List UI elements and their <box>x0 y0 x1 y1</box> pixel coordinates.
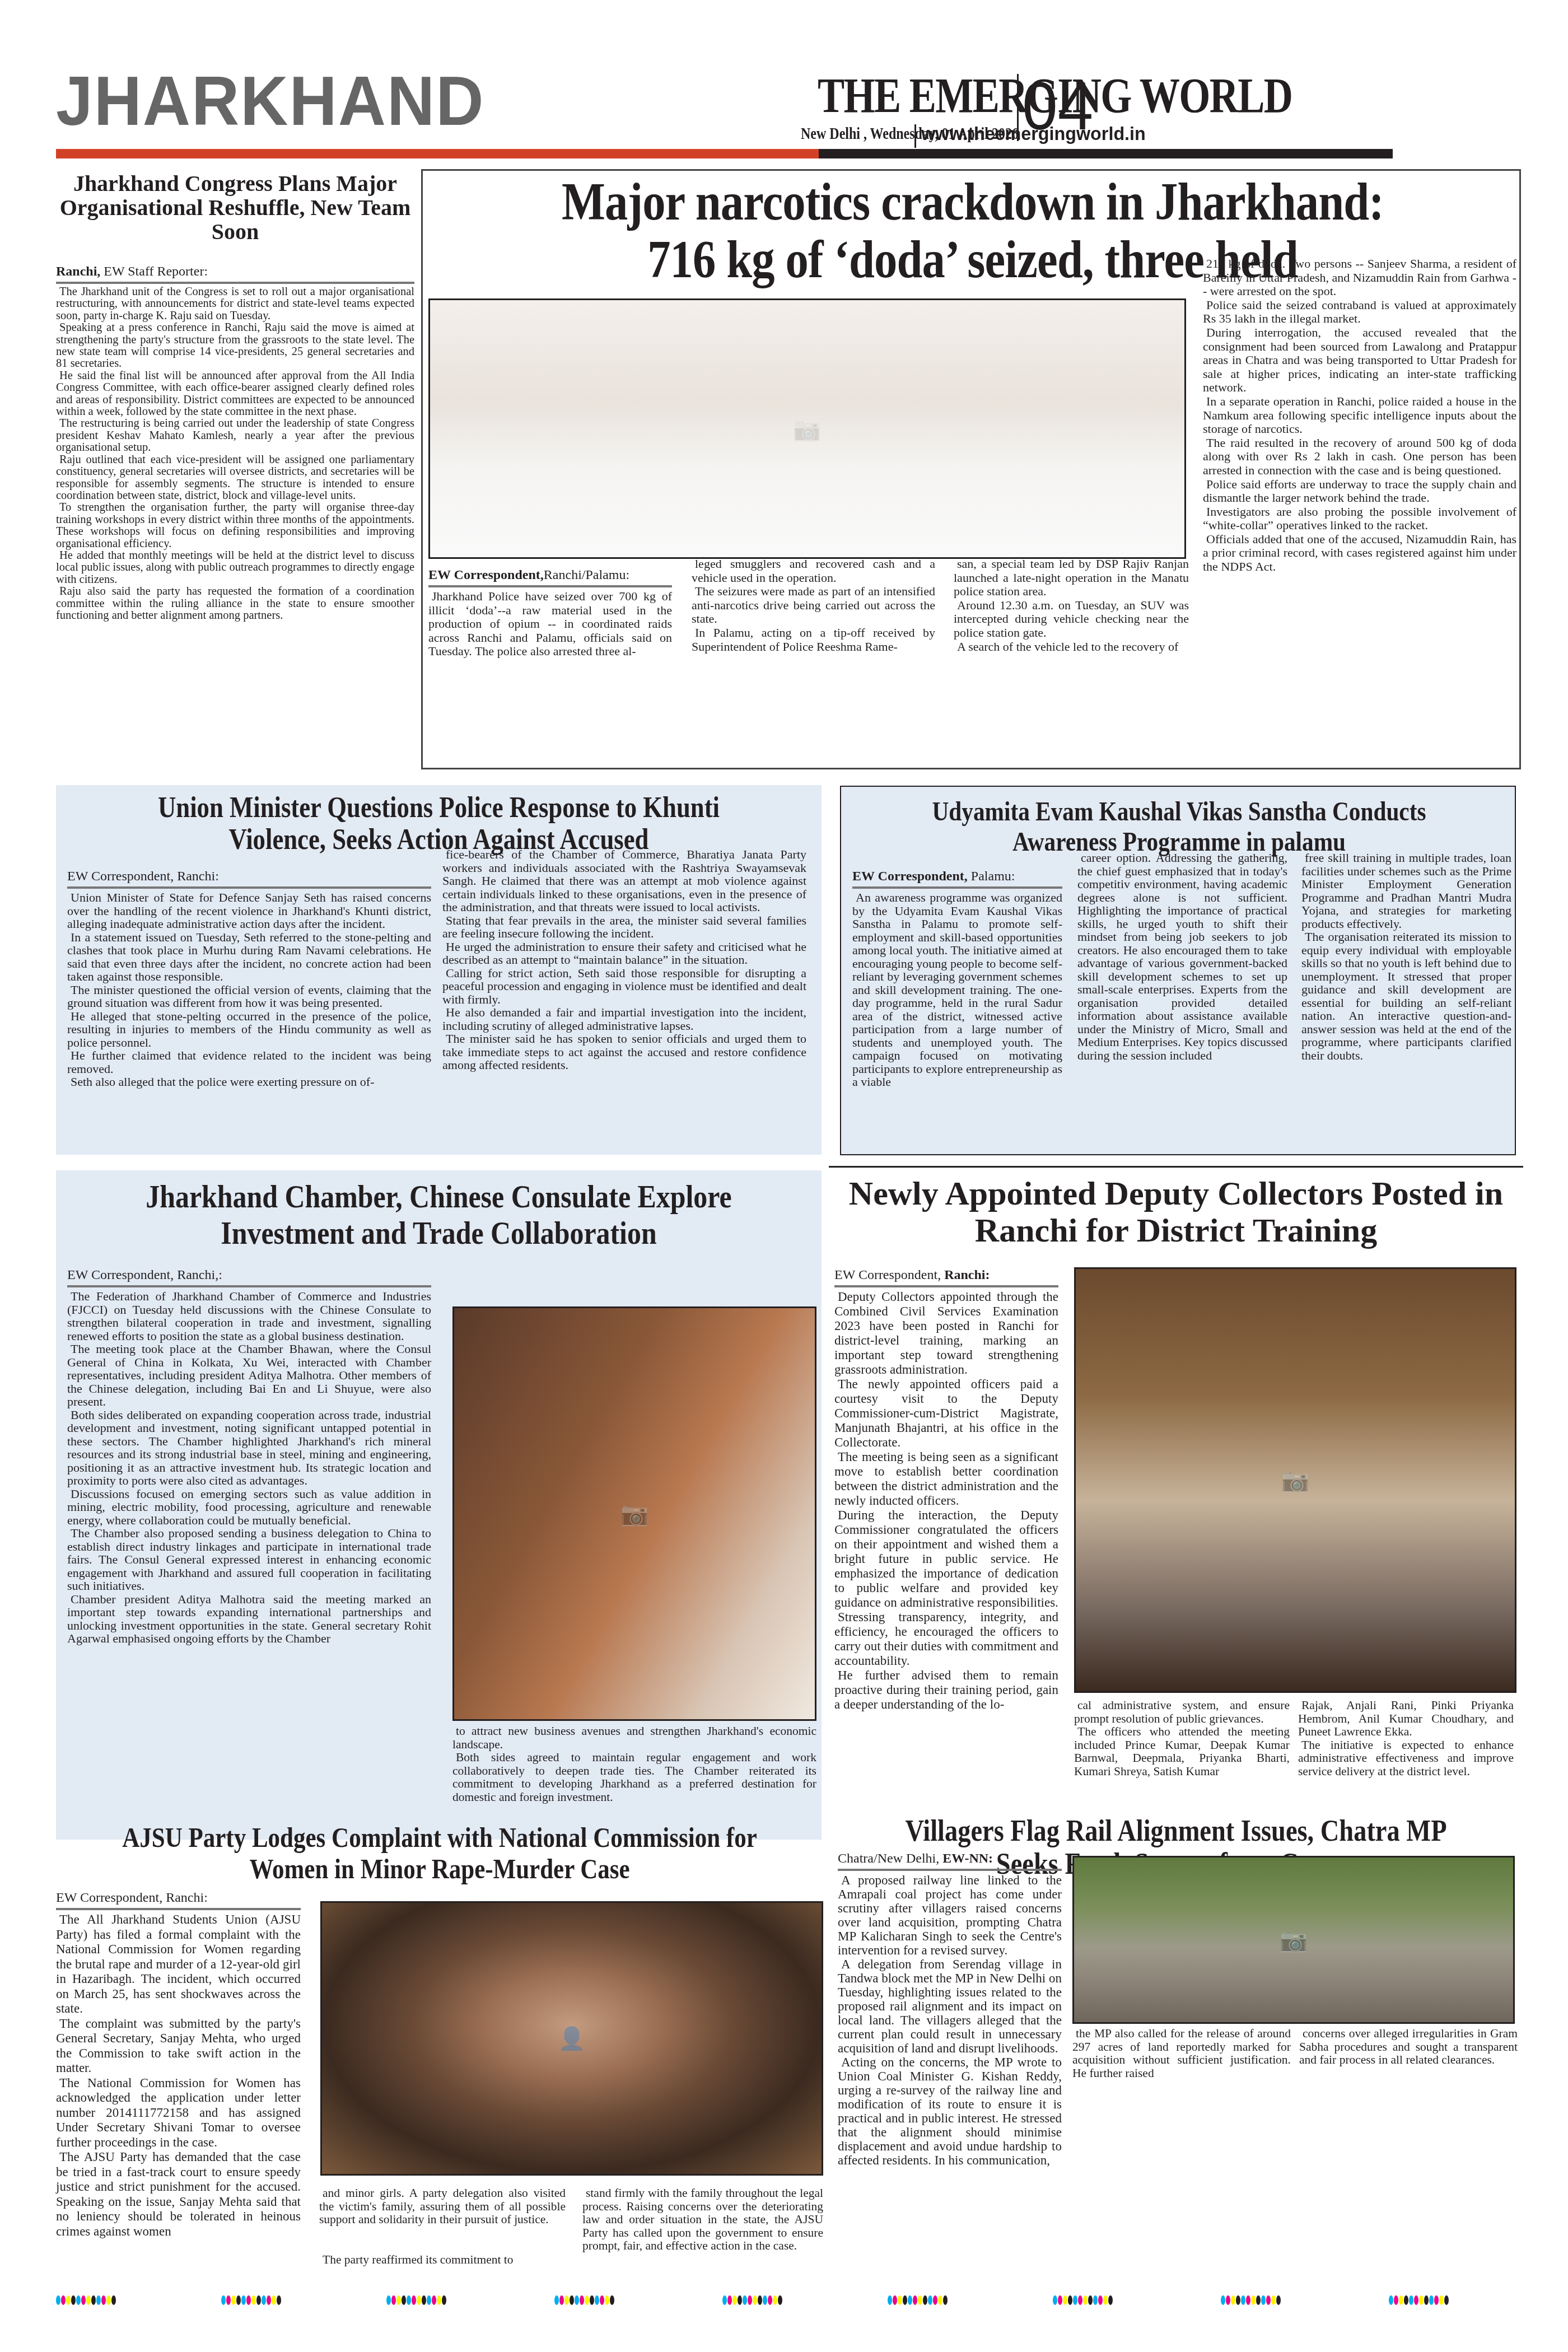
registration-dot <box>1271 2295 1276 2305</box>
deputy-collectors-group-photo: 📷 <box>1074 1267 1516 1693</box>
registration-dot <box>923 2295 927 2305</box>
congress-body: The Jharkhand unit of the Congress is se… <box>56 286 414 622</box>
registration-dot <box>1261 2295 1266 2305</box>
registration-dot <box>56 2295 60 2305</box>
registration-dot <box>262 2295 266 2305</box>
registration-dot <box>61 2295 66 2305</box>
khunti-headline: Union Minister Questions Police Response… <box>110 792 768 856</box>
lead-story-box: Major narcotics crackdown in Jharkhand: … <box>421 169 1521 769</box>
registration-dot <box>1399 2295 1403 2305</box>
registration-dot <box>81 2295 86 2305</box>
registration-dot <box>1241 2295 1245 2305</box>
villagers-col-3: concerns over alleged irregularities in … <box>1299 2027 1518 2067</box>
registration-dot <box>106 2295 111 2305</box>
narcotics-col-4: 216 kg of doda. Two persons -- Sanjeev S… <box>1203 257 1516 574</box>
udyamita-col-3: free skill training in multiple trades, … <box>1301 851 1511 1062</box>
registration-dot <box>748 2295 752 2305</box>
registration-dot <box>595 2295 599 2305</box>
registration-dot <box>758 2295 762 2305</box>
deputy-collectors-byline: EW Correspondent, Ranchi: <box>834 1267 1058 1287</box>
registration-dot <box>554 2295 559 2305</box>
registration-dot <box>412 2295 416 2305</box>
registration-dot <box>1053 2295 1057 2305</box>
registration-dot <box>246 2295 251 2305</box>
ajsu-headline: AJSU Party Lodges Complaint with Nationa… <box>110 1822 769 1884</box>
registration-dot <box>1246 2295 1250 2305</box>
registration-dot <box>580 2295 584 2305</box>
section-title: JHARKHAND <box>56 62 484 142</box>
image-icon: 📷 <box>1280 1927 1308 1953</box>
registration-dot <box>564 2295 569 2305</box>
section-divider <box>829 1166 1523 1168</box>
registration-dot <box>943 2295 948 2305</box>
divider <box>914 124 916 148</box>
registration-dot <box>1231 2295 1235 2305</box>
ajsu-byline: EW Correspondent, Ranchi: <box>56 1889 301 1910</box>
chamber-col-1: EW Correspondent, Ranchi,: The Federatio… <box>67 1267 431 1645</box>
ajsu-col-3: stand firmly with the family throughout … <box>582 2187 823 2253</box>
registration-dot <box>1429 2295 1434 2305</box>
registration-dot-group <box>722 2295 782 2305</box>
divider <box>1017 74 1019 141</box>
registration-dot <box>1276 2295 1281 2305</box>
udyamita-story-box: Udyamita Evam Kaushal Vikas Sanstha Cond… <box>840 786 1516 1155</box>
image-icon: 📷 <box>620 1501 648 1527</box>
registration-dot <box>236 2295 241 2305</box>
narcotics-col-3: san, a special team led by DSP Rajiv Ran… <box>954 557 1189 654</box>
registration-dot <box>251 2295 256 2305</box>
registration-dot <box>1236 2295 1240 2305</box>
registration-dot <box>256 2295 261 2305</box>
registration-dot <box>1434 2295 1439 2305</box>
registration-dot-group <box>1389 2295 1449 2305</box>
chamber-byline: EW Correspondent, Ranchi,: <box>67 1267 431 1287</box>
registration-dot <box>585 2295 589 2305</box>
registration-dot <box>559 2295 564 2305</box>
registration-dot <box>773 2295 777 2305</box>
registration-dot <box>221 2295 226 2305</box>
registration-dot <box>442 2295 446 2305</box>
registration-dot <box>407 2295 411 2305</box>
registration-dot <box>111 2295 116 2305</box>
registration-dot <box>66 2295 71 2305</box>
registration-dot <box>738 2295 742 2305</box>
registration-dot <box>600 2295 604 2305</box>
registration-dot <box>605 2295 609 2305</box>
registration-dot <box>1439 2295 1444 2305</box>
registration-dot-group <box>554 2295 614 2305</box>
udyamita-col-1: EW Correspondent, Palamu: An awareness p… <box>852 868 1062 1089</box>
registration-dot <box>1444 2295 1449 2305</box>
registration-dot <box>918 2295 922 2305</box>
registration-dot <box>590 2295 594 2305</box>
registration-dot <box>1419 2295 1424 2305</box>
narcotics-photo: 📷 <box>428 298 1186 559</box>
registration-dot-group <box>1221 2295 1281 2305</box>
deputy-collectors-col-1: EW Correspondent, Ranchi: Deputy Collect… <box>834 1267 1058 1712</box>
registration-dot <box>1226 2295 1230 2305</box>
registration-dot <box>1093 2295 1098 2305</box>
congress-headline: Jharkhand Congress Plans Major Organisat… <box>56 171 414 244</box>
registration-dot <box>778 2295 782 2305</box>
registration-dot-group <box>56 2295 116 2305</box>
registration-dot <box>610 2295 614 2305</box>
registration-dot <box>575 2295 579 2305</box>
registration-dot <box>913 2295 917 2305</box>
udyamita-col-2: career option. Addressing the gathering,… <box>1077 851 1287 1062</box>
registration-dot <box>1108 2295 1113 2305</box>
registration-dot <box>267 2295 271 2305</box>
registration-dot <box>1083 2295 1088 2305</box>
registration-dot <box>86 2295 91 2305</box>
registration-dot <box>893 2295 897 2305</box>
registration-dot <box>1098 2295 1103 2305</box>
registration-dot <box>96 2295 101 2305</box>
image-icon: 📷 <box>1281 1467 1309 1494</box>
masthead-rule-black <box>819 149 1393 158</box>
registration-dot <box>101 2295 106 2305</box>
registration-dot <box>422 2295 426 2305</box>
khunti-col-1: EW Correspondent, Ranchi: Union Minister… <box>67 868 431 1089</box>
khunti-col-2: fice-bearers of the Chamber of Commerce,… <box>442 848 806 1072</box>
registration-dot <box>753 2295 757 2305</box>
registration-dot <box>898 2295 902 2305</box>
villagers-col-1: Chatra/New Delhi, EW-NN: A proposed rail… <box>838 1850 1062 2167</box>
registration-dot <box>1389 2295 1393 2305</box>
registration-dot <box>1394 2295 1398 2305</box>
registration-dot <box>743 2295 747 2305</box>
registration-dot <box>1266 2295 1271 2305</box>
registration-dot <box>570 2295 574 2305</box>
registration-dot <box>91 2295 96 2305</box>
villagers-col-2: the MP also called for the release of ar… <box>1072 2027 1291 2080</box>
narcotics-byline: EW Correspondent,Ranchi/Palamu: <box>428 567 672 587</box>
registration-dot-group <box>1053 2295 1113 2305</box>
deputy-collectors-col-3: Rajak, Anjali Rani, Pinki Priyanka Hembr… <box>1298 1699 1514 1779</box>
congress-article: Ranchi, EW Staff Reporter: The Jharkhand… <box>56 263 414 622</box>
registration-dot <box>1409 2295 1413 2305</box>
registration-dot <box>437 2295 441 2305</box>
registration-dot <box>763 2295 767 2305</box>
registration-dot <box>386 2295 391 2305</box>
image-icon: 👤 <box>558 2026 586 2052</box>
registration-dot <box>1073 2295 1077 2305</box>
udyamita-byline: EW Correspondent, Palamu: <box>852 868 1062 889</box>
khunti-byline: EW Correspondent, Ranchi: <box>67 868 431 889</box>
registration-dot <box>71 2295 76 2305</box>
registration-dot <box>396 2295 401 2305</box>
registration-dot <box>1424 2295 1429 2305</box>
registration-dot <box>928 2295 932 2305</box>
registration-dot <box>432 2295 436 2305</box>
registration-dot <box>1088 2295 1093 2305</box>
registration-dot <box>417 2295 421 2305</box>
chamber-col-2: to attract new business avenues and stre… <box>452 1725 816 1804</box>
registration-dot-group <box>221 2295 281 2305</box>
image-icon: 📷 <box>794 416 822 442</box>
registration-dot <box>1404 2295 1408 2305</box>
registration-dot <box>1256 2295 1261 2305</box>
khunti-story-box: Union Minister Questions Police Response… <box>56 785 822 1155</box>
villagers-byline: Chatra/New Delhi, EW-NN: <box>838 1850 1062 1871</box>
registration-dot-group <box>888 2295 948 2305</box>
deputy-collectors-col-2: cal administrative system, and ensure pr… <box>1074 1699 1290 1779</box>
registration-dot <box>768 2295 772 2305</box>
registration-dot <box>272 2295 276 2305</box>
chamber-headline: Jharkhand Chamber, Chinese Consulate Exp… <box>110 1179 768 1252</box>
registration-dot-group <box>386 2295 446 2305</box>
registration-dot <box>938 2295 942 2305</box>
registration-dot <box>908 2295 912 2305</box>
print-registration-marks <box>0 2295 1568 2307</box>
ajsu-col-1: EW Correspondent, Ranchi: The All Jharkh… <box>56 1889 301 2239</box>
udyamita-headline: Udyamita Evam Kaushal Vikas Sanstha Cond… <box>888 797 1469 857</box>
registration-dot <box>427 2295 431 2305</box>
registration-dot <box>241 2295 246 2305</box>
registration-dot <box>1221 2295 1225 2305</box>
page-number: 04 <box>1022 73 1093 140</box>
registration-dot <box>1414 2295 1418 2305</box>
registration-dot <box>231 2295 236 2305</box>
registration-dot <box>277 2295 281 2305</box>
registration-dot <box>888 2295 892 2305</box>
narcotics-col-2: leged smugglers and recovered cash and a… <box>692 557 935 654</box>
deputy-collectors-headline: Newly Appointed Deputy Collectors Posted… <box>829 1175 1523 1249</box>
ajsu-col-2: and minor girls. A party delegation also… <box>319 2187 566 2266</box>
masthead-rule-red <box>56 149 819 158</box>
registration-dot <box>1078 2295 1082 2305</box>
ajsu-portrait-photo: 👤 <box>320 1901 823 2176</box>
registration-dot <box>391 2295 396 2305</box>
congress-byline: Ranchi, EW Staff Reporter: <box>56 263 414 284</box>
chamber-meeting-photo: 📷 <box>452 1306 816 1721</box>
registration-dot <box>402 2295 406 2305</box>
registration-dot <box>226 2295 231 2305</box>
registration-dot <box>727 2295 732 2305</box>
registration-dot <box>722 2295 727 2305</box>
registration-dot <box>1103 2295 1108 2305</box>
registration-dot <box>1068 2295 1072 2305</box>
registration-dot <box>1058 2295 1062 2305</box>
narcotics-col-1: EW Correspondent,Ranchi/Palamu: Jharkhan… <box>428 567 672 659</box>
villagers-patrol-photo: 📷 <box>1072 1856 1515 2024</box>
registration-dot <box>1251 2295 1256 2305</box>
registration-dot <box>933 2295 937 2305</box>
registration-dot <box>903 2295 907 2305</box>
registration-dot <box>76 2295 81 2305</box>
registration-dot <box>1063 2295 1067 2305</box>
registration-dot <box>732 2295 737 2305</box>
